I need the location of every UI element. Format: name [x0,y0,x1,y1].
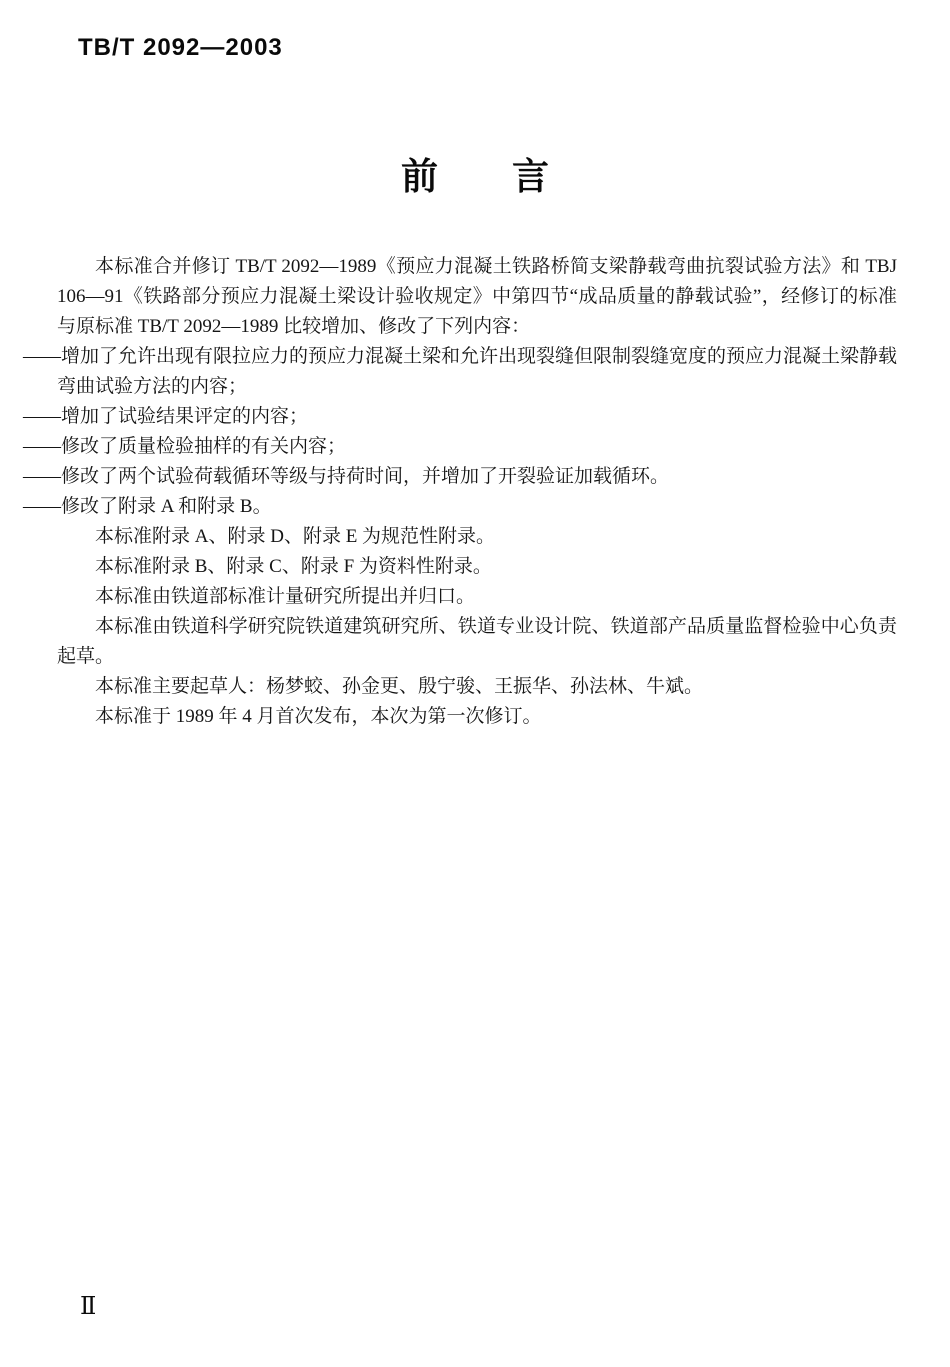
body-paragraph: 本标准于 1989 年 4 月首次发布，本次为第一次修订。 [57,702,897,732]
intro-paragraph: 本标准合并修订 TB/T 2092—1989《预应力混凝土铁路桥简支梁静载弯曲抗… [57,252,897,342]
foreword-body: 本标准合并修订 TB/T 2092—1989《预应力混凝土铁路桥简支梁静载弯曲抗… [57,252,897,732]
document-page: TB/T 2092—2003 前 言 本标准合并修订 TB/T 2092—198… [0,0,950,1367]
change-item: ——修改了质量检验抽样的有关内容； [57,432,897,462]
body-paragraph: 本标准附录 A、附录 D、附录 E 为规范性附录。 [57,522,897,552]
page-title: 前 言 [0,146,950,200]
change-item: ——增加了试验结果评定的内容； [57,402,897,432]
body-paragraph: 本标准附录 B、附录 C、附录 F 为资料性附录。 [57,552,897,582]
body-paragraph: 本标准由铁道部标准计量研究所提出并归口。 [57,582,897,612]
change-item: ——修改了两个试验荷载循环等级与持荷时间，并增加了开裂验证加载循环。 [57,462,897,492]
change-item: ——修改了附录 A 和附录 B。 [57,492,897,522]
standard-number: TB/T 2092—2003 [78,34,283,62]
change-item: ——增加了允许出现有限拉应力的预应力混凝土梁和允许出现裂缝但限制裂缝宽度的预应力… [57,342,897,402]
page-number: Ⅱ [80,1292,96,1321]
body-paragraph: 本标准主要起草人：杨梦蛟、孙金更、殷宁骏、王振华、孙法林、牛斌。 [57,672,897,702]
body-paragraph: 本标准由铁道科学研究院铁道建筑研究所、铁道专业设计院、铁道部产品质量监督检验中心… [57,612,897,672]
